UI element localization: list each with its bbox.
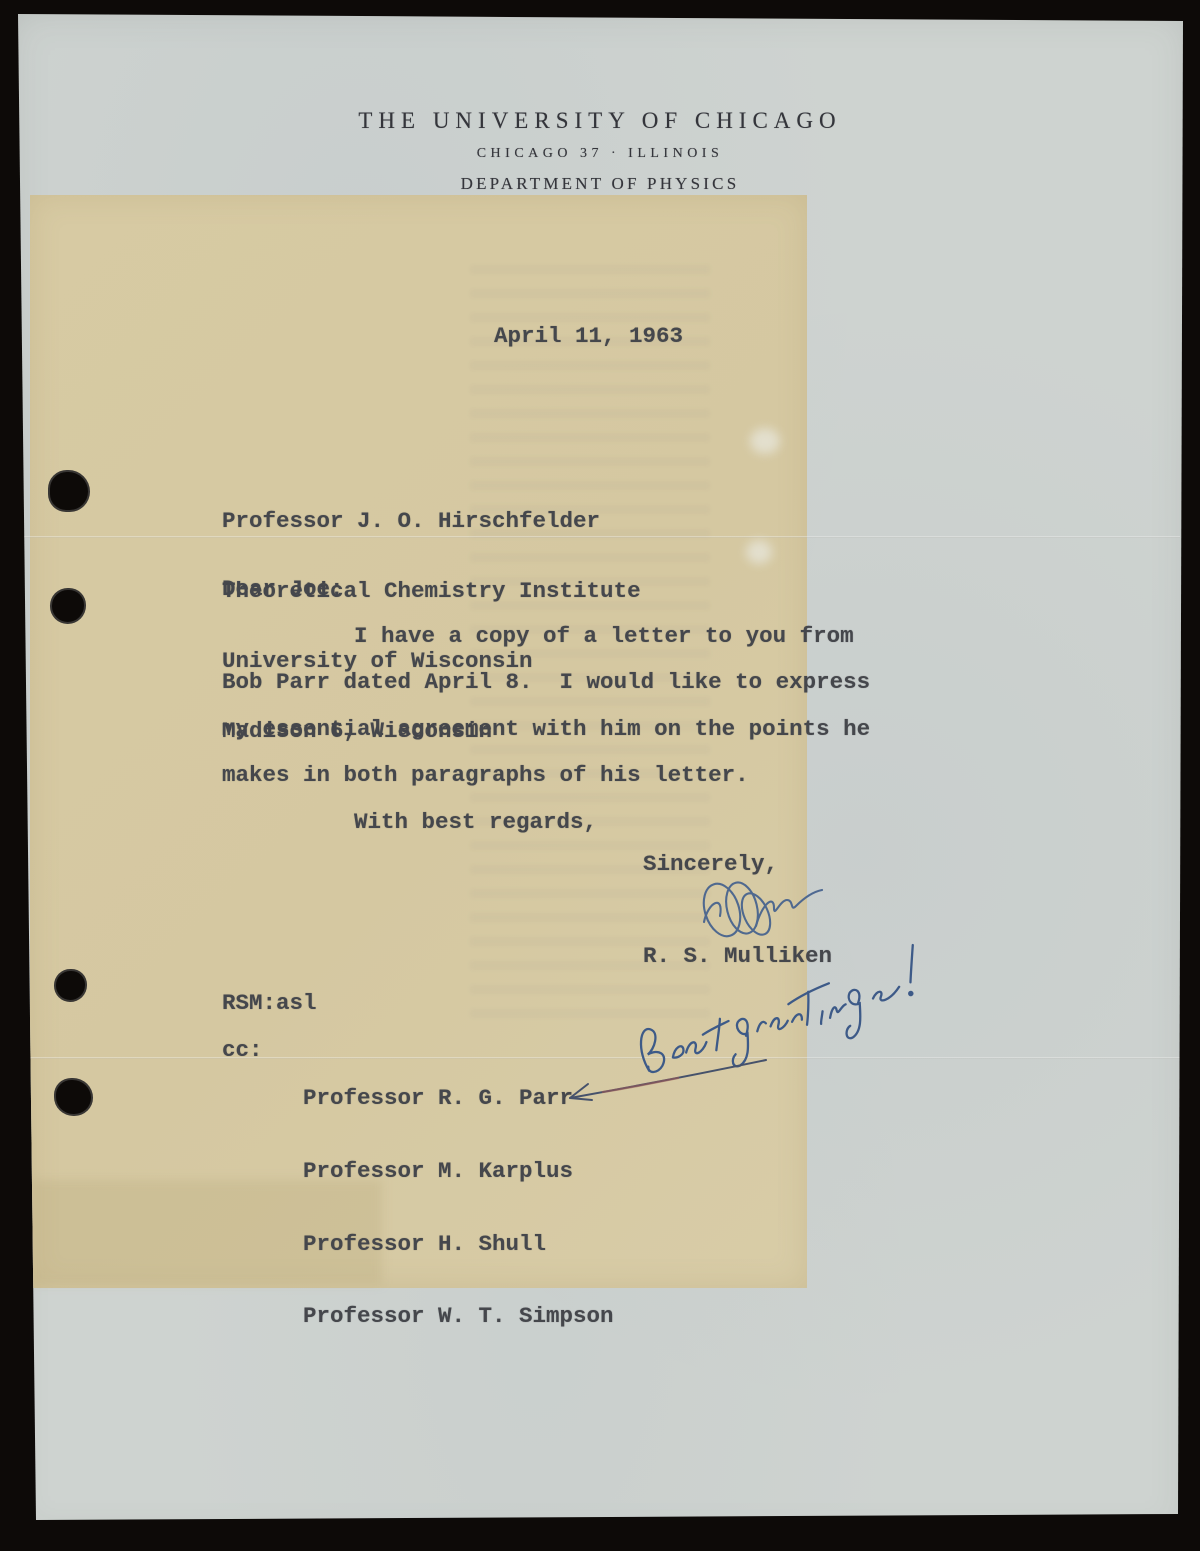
punch-hole	[48, 470, 90, 512]
punch-hole	[54, 969, 87, 1002]
body-line: makes in both paragraphs of his letter.	[222, 763, 749, 787]
signature-scribble	[690, 872, 850, 952]
letterhead-department: DEPARTMENT OF PHYSICS	[0, 174, 1200, 194]
letterhead-university: THE UNIVERSITY OF CHICAGO	[0, 108, 1200, 134]
cc-name: Professor H. Shull	[303, 1232, 614, 1256]
cc-label: cc:	[222, 1038, 263, 1062]
punch-hole	[50, 588, 86, 624]
body-line: Bob Parr dated April 8. I would like to …	[222, 670, 870, 694]
letterhead-city: CHICAGO 37 · ILLINOIS	[0, 146, 1200, 162]
paper-light-spot	[750, 428, 780, 454]
cc-name: Professor W. T. Simpson	[303, 1304, 614, 1328]
cc-name: Professor M. Karplus	[303, 1159, 614, 1183]
letter-date: April 11, 1963	[494, 324, 683, 348]
reference-line: RSM:asl	[222, 991, 317, 1015]
annotation-arrow	[528, 1040, 788, 1120]
regards-line: With best regards,	[354, 810, 597, 834]
scanner-background: THE UNIVERSITY OF CHICAGO CHICAGO 37 · I…	[0, 0, 1200, 1551]
recipient-line: Professor J. O. Hirschfelder	[222, 510, 641, 533]
punch-hole	[54, 1078, 93, 1116]
body-line: my essential agreement with him on the p…	[222, 717, 870, 741]
salutation: Dear Joe:	[222, 577, 344, 601]
body-line: I have a copy of a letter to you from	[354, 624, 854, 648]
letter-page: THE UNIVERSITY OF CHICAGO CHICAGO 37 · I…	[0, 0, 1200, 1551]
paper-light-spot	[746, 540, 772, 564]
